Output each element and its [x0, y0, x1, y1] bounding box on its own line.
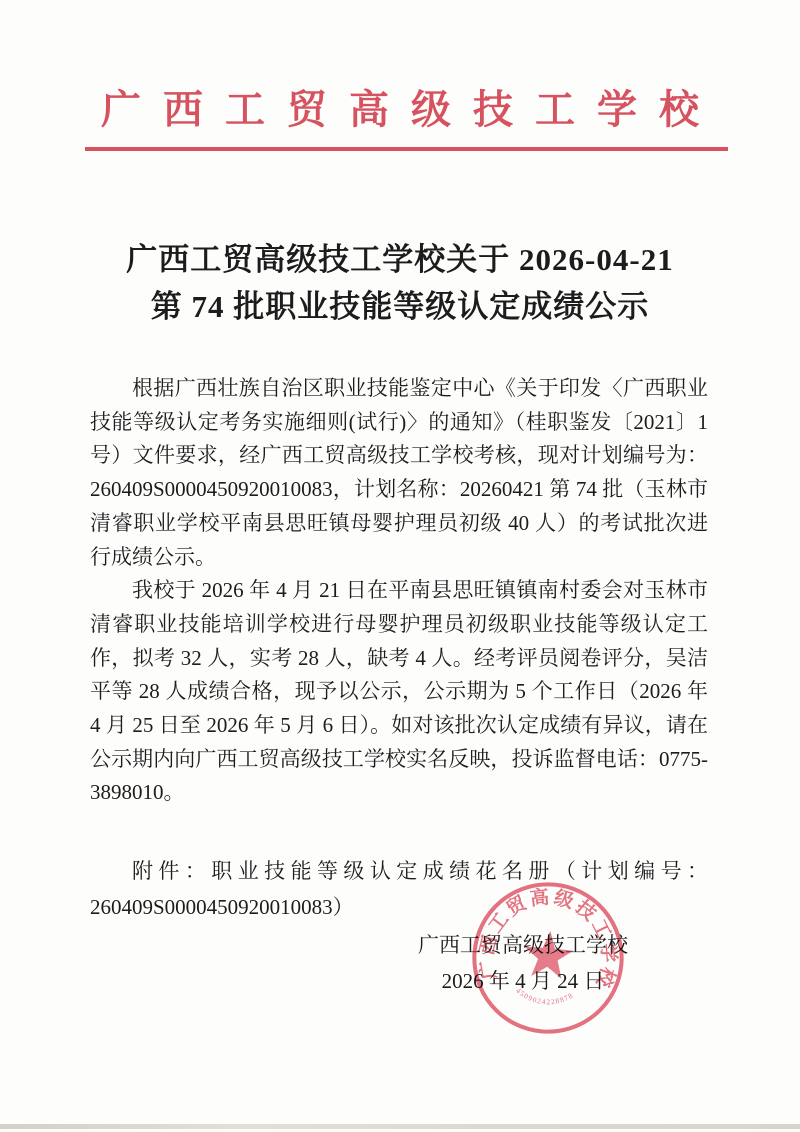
document-body: 根据广西壮族自治区职业技能鉴定中心《关于印发〈广西职业技能等级认定考务实施细则(… — [90, 372, 708, 810]
seal-star-icon — [522, 929, 575, 980]
scan-bottom-edge — [0, 1124, 800, 1129]
document-title-line1: 广西工贸高级技工学校关于 2026-04-21 — [40, 236, 760, 283]
seal-number: 4509024228878 — [513, 986, 575, 1009]
official-seal-stamp: 广西工贸高级技工学校 4509024228878 — [460, 870, 636, 1046]
school-letterhead-title: 广西工贸高级技工学校 — [0, 88, 800, 132]
document-title-line2: 第 74 批职业技能等级认定成绩公示 — [40, 283, 760, 330]
letterhead-divider — [85, 147, 728, 151]
document-page: 广西工贸高级技工学校 广西工贸高级技工学校关于 2026-04-21 第 74 … — [0, 0, 800, 1132]
paragraph-basis: 根据广西壮族自治区职业技能鉴定中心《关于印发〈广西职业技能等级认定考务实施细则(… — [90, 372, 708, 574]
paragraph-results: 我校于 2026 年 4 月 21 日在平南县思旺镇镇南村委会对玉林市清睿职业技… — [90, 574, 708, 810]
letterhead: 广西工贸高级技工学校 — [0, 88, 800, 151]
document-title: 广西工贸高级技工学校关于 2026-04-21 第 74 批职业技能等级认定成绩… — [40, 236, 760, 330]
